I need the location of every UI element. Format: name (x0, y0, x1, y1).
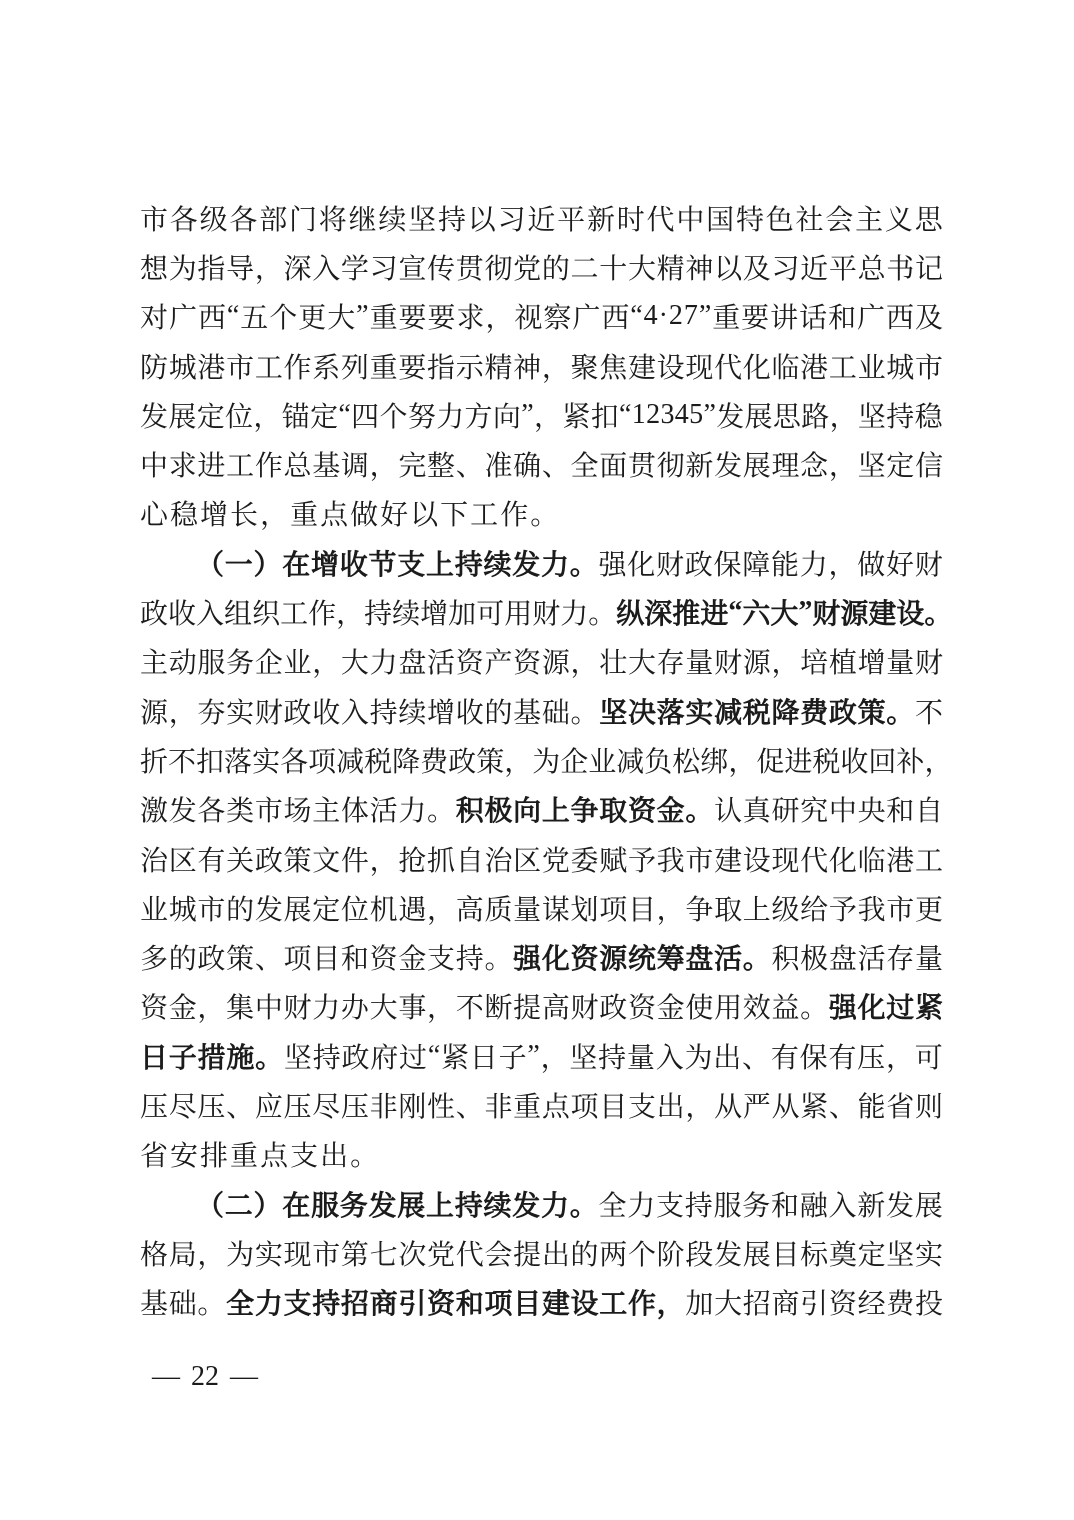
char: ， (370, 839, 398, 879)
char: 续 (392, 592, 420, 632)
char: ， (504, 740, 532, 780)
char: ” (699, 300, 711, 332)
bold-char: 强 (829, 986, 857, 1026)
char: 自 (915, 789, 943, 829)
char: 障 (742, 543, 770, 583)
char: 力 (627, 1184, 655, 1224)
char: 示 (456, 346, 484, 386)
char: 。 (484, 937, 512, 977)
char: 产 (484, 641, 512, 681)
char: 精 (484, 346, 512, 386)
char: 展 (745, 395, 773, 435)
bold-char: 二 (225, 1184, 253, 1224)
char: 向 (493, 395, 521, 435)
char: ， (427, 888, 455, 928)
char: 、 (742, 1036, 770, 1076)
char: 争 (685, 888, 713, 928)
bold-char: 。 (570, 543, 598, 583)
char: 贯 (628, 444, 656, 484)
char: 为 (684, 1036, 712, 1076)
char: 增 (858, 641, 886, 681)
bold-char: 实 (685, 691, 713, 731)
char: 新 (857, 1184, 885, 1224)
char: 大 (628, 641, 656, 681)
char: 财 (255, 691, 283, 731)
char: 应 (255, 1085, 283, 1125)
char: 重 (290, 493, 318, 533)
char: 过 (399, 1036, 427, 1076)
char: 努 (408, 395, 436, 435)
char: 五 (240, 296, 268, 336)
char: 财 (915, 641, 943, 681)
bold-char: 建 (542, 1282, 570, 1322)
char: 奠 (829, 1233, 857, 1273)
bold-char: 六 (742, 592, 770, 632)
char: 更 (915, 888, 943, 928)
char: 和 (341, 937, 369, 977)
char: 出 (657, 1085, 685, 1125)
bold-char: 。 (255, 1036, 283, 1076)
char: 培 (800, 641, 828, 681)
char: 政 (448, 740, 476, 780)
char: 门 (289, 198, 317, 238)
char: 不 (456, 986, 484, 1026)
footer-dash-left: — (152, 1361, 180, 1393)
char: 和 (771, 1184, 799, 1224)
char: 十 (599, 247, 627, 287)
char: 财 (284, 986, 312, 1026)
char: 化 (743, 346, 771, 386)
char: 减 (616, 740, 644, 780)
char: 基 (513, 691, 541, 731)
char: 策 (284, 839, 312, 879)
char: 政 (197, 937, 225, 977)
char: 增 (200, 493, 228, 533)
char: 神 (513, 346, 541, 386)
bold-char: 在 (282, 543, 310, 583)
char: 存 (657, 641, 685, 681)
char: 求 (169, 444, 197, 484)
char: 系 (312, 346, 340, 386)
bold-char: 金 (657, 789, 685, 829)
char: ， (657, 888, 685, 928)
char: 大 (628, 247, 656, 287)
char: 入 (312, 247, 340, 287)
char: 广 (572, 296, 600, 336)
char: 出 (713, 1036, 741, 1076)
char: 量 (915, 937, 943, 977)
char: 的 (484, 691, 512, 731)
char: 源 (542, 641, 570, 681)
char: 展 (743, 1233, 771, 1273)
char: 做 (350, 493, 378, 533)
char: 大 (370, 986, 398, 1026)
char: 压 (341, 1085, 369, 1125)
char: 资 (628, 986, 656, 1026)
char: 点 (260, 1134, 288, 1174)
char: 5 (689, 399, 703, 431)
char: ， (427, 986, 455, 1026)
text-line: 折不扣落实各项减税降费政策，为企业减负松绑，促进税收回补， (140, 735, 943, 784)
char: 锚 (282, 395, 310, 435)
char: 城 (169, 888, 197, 928)
bold-char: 。 (886, 691, 914, 731)
char: 积 (771, 937, 799, 977)
char: ， (197, 1233, 225, 1273)
bold-char: 作 (628, 1282, 656, 1322)
bold-char: 续 (484, 1184, 512, 1224)
char: 新 (685, 444, 713, 484)
char: 展 (915, 1184, 943, 1224)
char: 主 (140, 641, 168, 681)
char: 坚 (408, 198, 436, 238)
char: 及 (743, 247, 771, 287)
char: 准 (484, 444, 512, 484)
char: 持 (456, 937, 484, 977)
char: 主 (312, 789, 340, 829)
bold-char: 向 (513, 789, 541, 829)
char: 予 (628, 839, 656, 879)
char: 持 (370, 691, 398, 731)
char: 抓 (427, 839, 455, 879)
char: 费 (886, 1282, 914, 1322)
bold-char: 强 (513, 937, 541, 977)
char: 及 (915, 296, 943, 336)
footer-dash-right: — (230, 1361, 258, 1393)
char: 阶 (657, 1233, 685, 1273)
document-text: 市各级各部门将继续坚持以习近平新时代中国特色社会主义思想为指导，深入学习宣传贯彻… (140, 193, 943, 1327)
char: 源 (140, 691, 168, 731)
char: 实 (252, 740, 280, 780)
char: 效 (743, 986, 771, 1026)
char: ， (886, 1036, 914, 1076)
bold-char: 设 (571, 1282, 599, 1322)
char: 经 (858, 1282, 886, 1322)
bold-char: 务 (340, 1184, 368, 1224)
char: 文 (312, 839, 340, 879)
bold-char: 上 (426, 543, 454, 583)
char: 四 (351, 395, 379, 435)
char: 入 (341, 691, 369, 731)
char: 7 (684, 300, 698, 332)
bold-char: 资 (628, 789, 656, 829)
char: 对 (140, 296, 168, 336)
char: 求 (456, 296, 484, 336)
char: 化 (627, 543, 655, 583)
char: 质 (484, 888, 512, 928)
char: 保 (800, 1036, 828, 1076)
bold-char: 发 (512, 1184, 540, 1224)
char: 日 (470, 1036, 498, 1076)
bold-char: 统 (628, 937, 656, 977)
char: 织 (252, 592, 280, 632)
bold-char: 化 (542, 937, 570, 977)
char: 础 (542, 691, 570, 731)
char: 稳 (170, 493, 198, 533)
char: 工 (470, 493, 498, 533)
char: 以 (410, 493, 438, 533)
char: 源 (743, 641, 771, 681)
char: 现 (284, 1233, 312, 1273)
char: 基 (140, 1282, 168, 1322)
char: 扣 (591, 395, 619, 435)
bold-char: 推 (672, 592, 700, 632)
char: ， (571, 641, 599, 681)
char: ， (534, 395, 562, 435)
char: 市 (915, 346, 943, 386)
char: 贯 (456, 247, 484, 287)
char: 取 (714, 888, 742, 928)
bold-char: 全 (226, 1282, 254, 1322)
char: 港 (886, 839, 914, 879)
char: 资 (370, 937, 398, 977)
char: ， (253, 395, 281, 435)
char: 、 (226, 1085, 254, 1125)
char: 务 (742, 1184, 770, 1224)
char: 的 (571, 1233, 599, 1273)
char: 上 (743, 888, 771, 928)
char: “ (428, 1040, 440, 1072)
char: 、 (255, 937, 283, 977)
char: 央 (858, 789, 886, 829)
char: 点 (320, 493, 348, 533)
bold-char: 展 (397, 1184, 425, 1224)
bold-char: 在 (282, 1184, 310, 1224)
char: 为 (169, 247, 197, 287)
char: 费 (420, 740, 448, 780)
char: 策 (226, 937, 254, 977)
bold-char: 减 (714, 691, 742, 731)
char: 压 (857, 1036, 885, 1076)
char: 各 (280, 740, 308, 780)
char: 则 (915, 1085, 943, 1125)
char: 位 (341, 888, 369, 928)
bold-char: 争 (571, 789, 599, 829)
char: 发 (714, 444, 742, 484)
char: 彻 (657, 444, 685, 484)
char: 续 (398, 691, 426, 731)
char: 支 (628, 1085, 656, 1125)
bold-char: 子 (169, 1036, 197, 1076)
bold-char: 源 (599, 937, 627, 977)
char: 化 (829, 839, 857, 879)
char: 活 (858, 937, 886, 977)
text-line: 政收入组织工作，持续增加可用财力。纵深推进“六大”财源建设。 (140, 587, 943, 636)
char: ， (685, 1085, 713, 1125)
char: 国 (706, 198, 734, 238)
char: 出 (542, 1233, 570, 1273)
bold-char: 过 (886, 986, 914, 1026)
char: 自 (456, 839, 484, 879)
bold-char: 商 (370, 1282, 398, 1322)
char: 大 (327, 296, 355, 336)
bold-char: 。 (570, 1184, 598, 1224)
char: 。 (530, 493, 558, 533)
char: 治 (484, 839, 512, 879)
char: 宣 (398, 247, 426, 287)
char: 排 (200, 1134, 228, 1174)
char: 察 (543, 296, 571, 336)
char: 大 (714, 1282, 742, 1322)
char: 市 (226, 346, 254, 386)
char: 不 (168, 740, 196, 780)
char: 坚 (886, 1233, 914, 1273)
char: ， (336, 592, 364, 632)
char: 压 (197, 1085, 225, 1125)
text-line: 防城港市工作系列重要指示精神，聚焦建设现代化临港工业城市 (140, 341, 943, 390)
char: 目 (599, 1085, 627, 1125)
char: 坚 (284, 1036, 312, 1076)
char: 子 (499, 1036, 527, 1076)
char: 定 (197, 395, 225, 435)
char: 大 (341, 641, 369, 681)
char: 、 (542, 444, 570, 484)
char: 话 (799, 296, 827, 336)
char: 出 (320, 1134, 348, 1174)
char: 委 (571, 839, 599, 879)
char: 工 (226, 444, 254, 484)
bold-char: 持 (455, 543, 483, 583)
bold-char: （ (196, 543, 224, 583)
char: 安 (170, 1134, 198, 1174)
char: 从 (771, 1085, 799, 1125)
char: 完 (398, 444, 426, 484)
char: 彻 (484, 247, 512, 287)
char: “ (227, 300, 239, 332)
char: 提 (513, 1233, 541, 1273)
bold-char: 紧 (915, 986, 943, 1026)
char: 紧 (800, 1085, 828, 1125)
char: 级 (771, 888, 799, 928)
char: 发 (169, 789, 197, 829)
page-footer: — 22 — (152, 1357, 258, 1397)
char: 近 (527, 198, 555, 238)
char: 持 (598, 1036, 626, 1076)
char: 持 (886, 395, 914, 435)
char: 焦 (599, 346, 627, 386)
bold-char: 落 (657, 691, 685, 731)
text-line: 日子措施。坚持政府过“紧日子”，坚持量入为出、有保有压，可 (140, 1031, 943, 1080)
char: ， (197, 986, 225, 1026)
char: 要 (428, 296, 456, 336)
char: 港 (197, 346, 225, 386)
char: 项 (571, 1085, 599, 1125)
char: ， (771, 641, 799, 681)
char: 要 (741, 296, 769, 336)
char: 招 (743, 1282, 771, 1322)
char: 引 (800, 1282, 828, 1322)
char: 关 (226, 839, 254, 879)
char: 动 (169, 641, 197, 681)
char: 工 (255, 346, 283, 386)
bold-char: 大 (770, 592, 798, 632)
char: 划 (571, 888, 599, 928)
char: 发 (886, 1184, 914, 1224)
bold-char: 积 (456, 789, 484, 829)
char: 传 (427, 247, 455, 287)
char: ， (924, 740, 952, 780)
char: 能 (858, 1085, 886, 1125)
char: 政 (599, 986, 627, 1026)
bold-char: “ (728, 596, 742, 628)
char: 工 (915, 839, 943, 879)
char: 税 (812, 740, 840, 780)
char: 4 (675, 399, 689, 431)
char: 究 (800, 789, 828, 829)
char: 。 (197, 1282, 225, 1322)
bold-char: ） (254, 1184, 282, 1224)
bold-char: 招 (341, 1282, 369, 1322)
text-line: 源，夯实财政收入持续增收的基础。坚决落实减税降费政策。不 (140, 686, 943, 735)
char: 1 (632, 399, 646, 431)
char: 真 (743, 789, 771, 829)
char: ， (830, 395, 858, 435)
char: 心 (140, 493, 168, 533)
bold-char: 支 (397, 543, 425, 583)
bold-char: 降 (771, 691, 799, 731)
char: 尽 (312, 1085, 340, 1125)
text-line: 基础。全力支持招商引资和项目建设工作，加大招商引资经费投 (140, 1278, 943, 1327)
char: 夯 (197, 691, 225, 731)
char: 企 (560, 740, 588, 780)
char: 基 (312, 444, 340, 484)
bold-char: 日 (140, 1036, 168, 1076)
char: 实 (255, 1233, 283, 1273)
char: 临 (771, 346, 799, 386)
char: 为 (532, 740, 560, 780)
char: ， (260, 493, 288, 533)
char: 集 (226, 986, 254, 1026)
char: 紧 (441, 1036, 469, 1076)
char: 习 (771, 247, 799, 287)
char: 力 (398, 789, 426, 829)
char: 3 (660, 399, 674, 431)
char: 资 (456, 641, 484, 681)
char: 活 (370, 789, 398, 829)
char: 有 (197, 839, 225, 879)
char: 实 (915, 1233, 943, 1273)
char: ， (312, 641, 340, 681)
bold-char: 费 (800, 691, 828, 731)
char: 列 (341, 346, 369, 386)
bold-char: 筹 (657, 937, 685, 977)
bold-char: 节 (369, 543, 397, 583)
char: 和 (886, 789, 914, 829)
bold-char: 和 (456, 1282, 484, 1322)
char: 件 (341, 839, 369, 879)
char: 遇 (398, 888, 426, 928)
bold-char: 源 (840, 592, 868, 632)
char: 续 (378, 198, 406, 238)
char: 体 (341, 789, 369, 829)
char: 书 (886, 247, 914, 287)
char: 从 (714, 1085, 742, 1125)
char: 项 (308, 740, 336, 780)
char: 会 (825, 198, 853, 238)
char: 入 (656, 1036, 684, 1076)
char: 主 (855, 198, 883, 238)
char: 政 (140, 592, 168, 632)
char: 金 (398, 937, 426, 977)
char: 中 (255, 986, 283, 1026)
char: 以 (468, 198, 496, 238)
char: 坚 (858, 395, 886, 435)
char: 定 (312, 888, 340, 928)
char: 我 (657, 839, 685, 879)
bold-char: 进 (700, 592, 728, 632)
char: 增 (420, 592, 448, 632)
bold-char: 力 (255, 1282, 283, 1322)
